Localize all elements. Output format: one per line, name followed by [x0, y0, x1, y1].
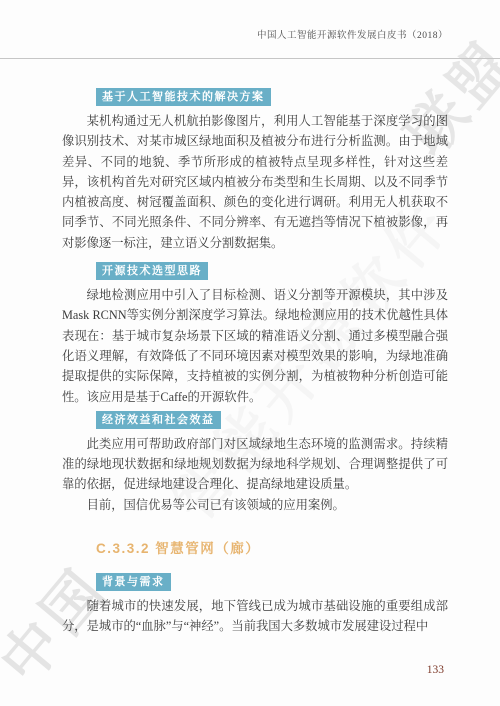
running-header-title: 中国人工智能开源软件发展白皮书（2018） — [0, 0, 500, 41]
page-number: 133 — [427, 664, 444, 676]
section-block: 背景与需求 — [62, 573, 448, 591]
body-paragraph: 此类应用可帮助政府部门对区域绿地生态环境的监测需求。持续精准的绿地现状数据和绿地… — [62, 434, 448, 495]
header-rule — [0, 58, 500, 59]
document-page: 联盟 中国 智能开源软件 中国人工智能开源软件发展白皮书（2018） 基于人工智… — [0, 0, 500, 706]
section-header-bar: 经济效益和社会效益 — [96, 411, 221, 429]
subsection-heading: C.3.3.2 智慧管网（廊） — [96, 537, 448, 557]
body-paragraph: 随着城市的快速发展，地下管线已成为城市基础设施的重要组成部分，是城市的“血脉”与… — [62, 596, 448, 637]
body-paragraph: 绿地检测应用中引入了目标检测、语义分割等开源模块，其中涉及Mask RCNN等实… — [62, 285, 448, 407]
section-header-bar: 基于人工智能技术的解决方案 — [96, 88, 271, 106]
section-block: 开源技术选型思路 — [62, 262, 448, 280]
section-header-bar: 背景与需求 — [96, 573, 171, 591]
body-paragraph: 目前，国信优易等公司已有该领域的应用案例。 — [62, 495, 448, 515]
page-content: 基于人工智能技术的解决方案 某机构通过无人机航拍影像图片，利用人工智能基于深度学… — [0, 88, 500, 637]
section-block: 经济效益和社会效益 — [62, 411, 448, 429]
section-block: 基于人工智能技术的解决方案 — [62, 88, 448, 106]
body-paragraph: 某机构通过无人机航拍影像图片，利用人工智能基于深度学习的图像识别技术、对某市城区… — [62, 111, 448, 253]
section-header-bar: 开源技术选型思路 — [96, 262, 208, 280]
